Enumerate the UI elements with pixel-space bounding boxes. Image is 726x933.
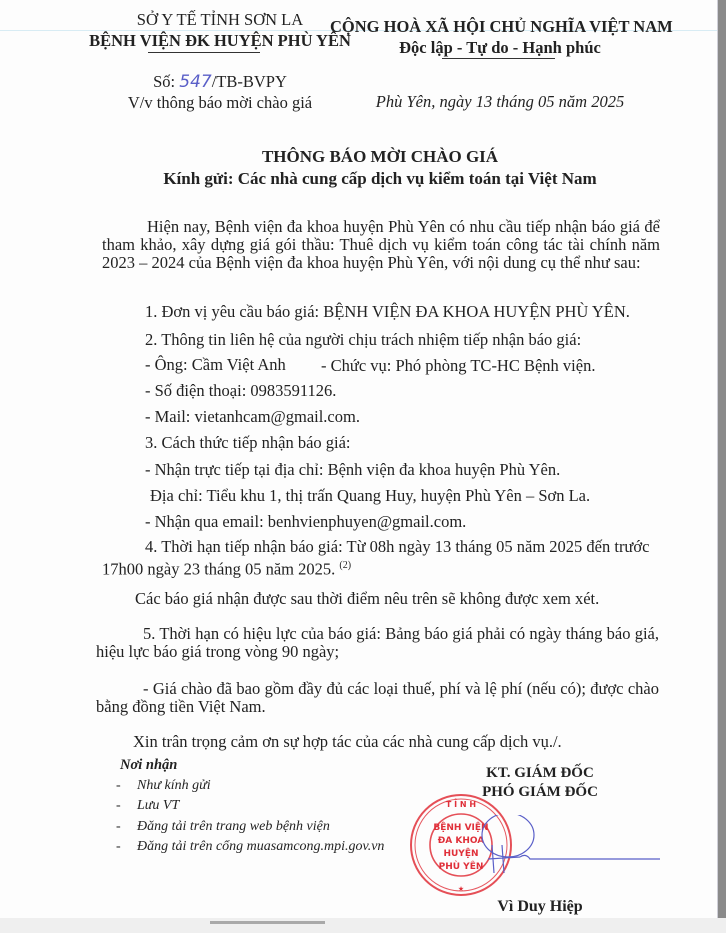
svg-text:T Ỉ N H: T Ỉ N H <box>446 798 476 809</box>
recipient-item: Đăng tải trên trang web bệnh viện <box>137 819 330 835</box>
svg-text:PHÙ YÊN: PHÙ YÊN <box>439 860 484 872</box>
price-note: - Giá chào đã bao gồm đầy đủ các loại th… <box>96 680 659 716</box>
page-title: THÔNG BÁO MỜI CHÀO GIÁ <box>130 147 630 167</box>
contact-phone: - Số điện thoại: 0983591126. <box>145 382 336 400</box>
receive-email: - Nhận qua email: benhvienphuyen@gmail.c… <box>145 513 466 531</box>
intro-paragraph: Hiện nay, Bệnh viện đa khoa huyện Phù Yê… <box>102 218 660 272</box>
contact-position: - Chức vụ: Phó phòng TC-HC Bệnh viện. <box>321 357 595 375</box>
subject-line: V/v thông báo mời chào giá <box>70 93 370 113</box>
place-date: Phù Yên, ngày 13 tháng 05 năm 2025 <box>330 92 670 112</box>
ministry-name: SỞ Y TẾ TỈNH SƠN LA <box>70 10 370 30</box>
recipients-title: Nơi nhận <box>120 757 177 774</box>
handwritten-number: 547 <box>179 72 211 92</box>
item-5: 5. Thời hạn có hiệu lực của báo giá: Bản… <box>96 625 659 661</box>
country-name: CỘNG HOÀ XÃ HỘI CHỦ NGHĨA VIỆT NAM <box>330 17 670 37</box>
so-label: Số: <box>153 72 179 91</box>
recipient-item: Như kính gửi <box>137 778 211 794</box>
recipient-item: Lưu VT <box>137 798 179 814</box>
document-page: SỞ Y TẾ TỈNH SƠN LA BỆNH VIỆN ĐK HUYỆN P… <box>0 0 718 918</box>
svg-text:★: ★ <box>458 885 464 893</box>
item-1: 1. Đơn vị yêu cầu báo giá: BỆNH VIỆN ĐA … <box>145 303 630 321</box>
item-4-line1: 4. Thời hạn tiếp nhận báo giá: Từ 08h ng… <box>145 538 649 556</box>
contact-name: - Ông: Cầm Việt Anh <box>145 356 286 374</box>
svg-text:HUYỆN: HUYỆN <box>443 848 478 859</box>
motto-underline <box>442 58 555 59</box>
dash: - <box>116 778 121 794</box>
footnote-ref: (2) <box>339 560 351 571</box>
address: Địa chỉ: Tiểu khu 1, thị trấn Quang Huy,… <box>150 487 590 505</box>
recipient-item: Đăng tải trên cổng muasamcong.mpi.gov.vn <box>137 839 384 855</box>
dash: - <box>116 839 121 855</box>
svg-text:ĐA KHOA: ĐA KHOA <box>438 836 485 846</box>
hospital-name: BỆNH VIỆN ĐK HUYỆN PHÙ YÊN <box>70 31 370 51</box>
signer-name: Vì Duy Hiệp <box>465 898 615 916</box>
viewer-edge <box>718 0 726 918</box>
dash: - <box>116 819 121 835</box>
horizontal-scrollbar[interactable] <box>0 918 726 933</box>
dash: - <box>116 798 121 814</box>
receive-direct: - Nhận trực tiếp tại địa chỉ: Bệnh viện … <box>145 461 560 479</box>
document-number: Số: 547/TB-BVPY <box>70 72 370 92</box>
signature-title-1: KT. GIÁM ĐỐC <box>440 765 640 782</box>
deadline-text: 17h00 ngày 23 tháng 05 năm 2025. <box>102 560 335 579</box>
recipient-line: Kính gửi: Các nhà cung cấp dịch vụ kiểm … <box>130 169 630 189</box>
so-suffix: /TB-BVPY <box>212 72 287 91</box>
item-4-line2: 17h00 ngày 23 tháng 05 năm 2025. (2) <box>102 557 351 579</box>
item-2: 2. Thông tin liên hệ của người chịu trác… <box>145 331 581 349</box>
motto: Độc lập - Tự do - Hạnh phúc <box>330 38 670 58</box>
late-note: Các báo giá nhận được sau thời điểm nêu … <box>135 590 599 608</box>
thanks-line: Xin trân trọng cảm ơn sự hợp tác của các… <box>133 733 562 751</box>
hospital-underline <box>148 52 260 53</box>
item-3: 3. Cách thức tiếp nhận báo giá: <box>145 434 351 452</box>
signature-scribble-icon <box>480 815 660 895</box>
contact-mail: - Mail: vietanhcam@gmail.com. <box>145 408 360 426</box>
scrollbar-thumb[interactable] <box>210 921 325 924</box>
